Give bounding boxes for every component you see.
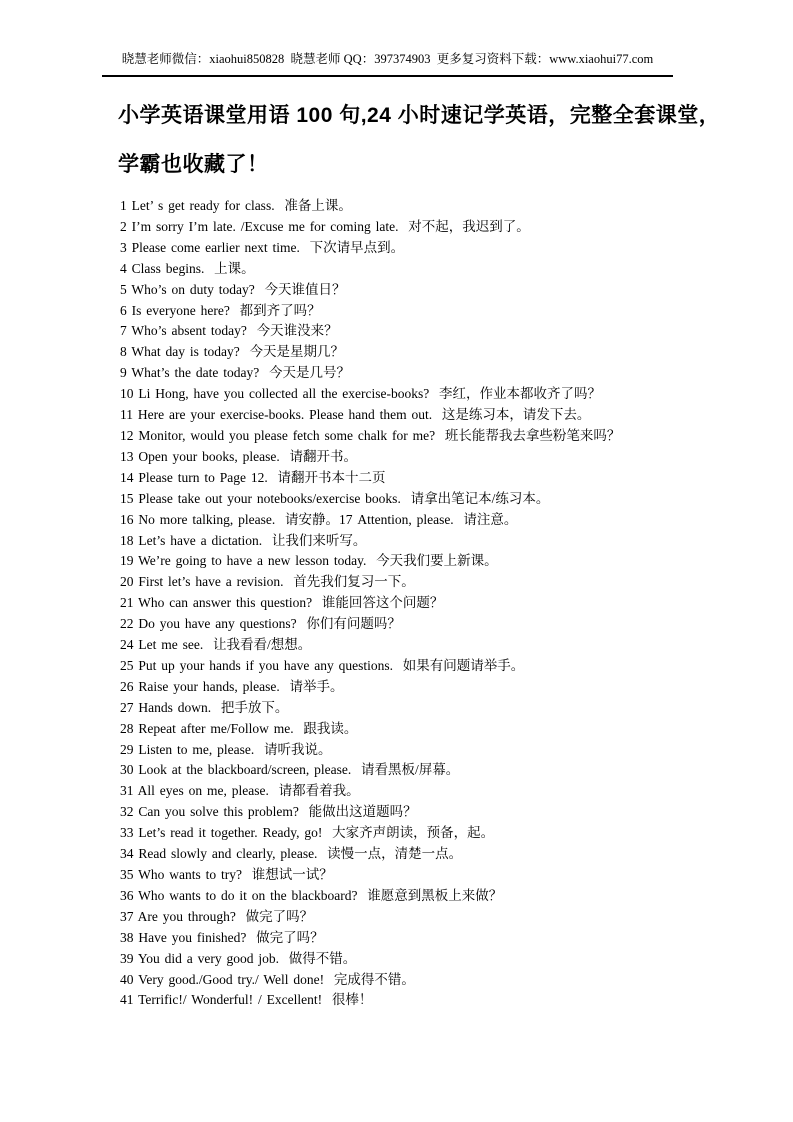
phrase-line: 6 Is everyone here? 都到齐了吗？	[120, 301, 760, 322]
phrase-line: 24 Let me see. 让我看看/想想。	[120, 635, 760, 656]
document-title-line-1: 小学英语课堂用语 100 句,24 小时速记学英语，完整全套课堂，	[118, 91, 708, 140]
phrase-line: 9 What’s the date today? 今天是几号？	[120, 363, 760, 384]
phrase-line: 26 Raise your hands, please. 请举手。	[120, 677, 760, 698]
phrase-line: 36 Who wants to do it on the blackboard?…	[120, 886, 760, 907]
document-title-line-2: 学霸也收藏了！	[118, 140, 708, 189]
phrase-line: 35 Who wants to try? 谁想试一试？	[120, 865, 760, 886]
phrase-line: 22 Do you have any questions? 你们有问题吗？	[120, 614, 760, 635]
phrase-line: 5 Who’s on duty today? 今天谁值日？	[120, 280, 760, 301]
header-contact-info: 晓慧老师微信：xiaohui850828 晓慧老师 QQ：397374903 更…	[102, 50, 673, 77]
phrase-line: 37 Are you through? 做完了吗？	[120, 907, 760, 928]
phrase-line: 8 What day is today? 今天是星期几？	[120, 342, 760, 363]
phrase-line: 4 Class begins. 上课。	[120, 259, 760, 280]
phrase-line: 18 Let’s have a dictation. 让我们来听写。	[120, 531, 760, 552]
phrase-line: 2 I’m sorry I’m late. /Excuse me for com…	[120, 217, 760, 238]
phrase-line: 12 Monitor, would you please fetch some …	[120, 426, 760, 447]
phrase-line: 41 Terrific!/ Wonderful! / Excellent! 很棒…	[120, 990, 760, 1011]
phrase-line: 32 Can you solve this problem? 能做出这道题吗？	[120, 802, 760, 823]
phrase-line: 11 Here are your exercise-books. Please …	[120, 405, 760, 426]
phrase-line: 38 Have you finished? 做完了吗？	[120, 928, 760, 949]
phrase-line: 40 Very good./Good try./ Well done! 完成得不…	[120, 970, 760, 991]
phrase-line: 15 Please take out your notebooks/exerci…	[120, 489, 760, 510]
phrase-line: 20 First let’s have a revision. 首先我们复习一下…	[120, 572, 760, 593]
phrase-line: 7 Who’s absent today? 今天谁没来？	[120, 321, 760, 342]
phrase-line: 21 Who can answer this question? 谁能回答这个问…	[120, 593, 760, 614]
phrase-line: 29 Listen to me, please. 请听我说。	[120, 740, 760, 761]
phrase-line: 39 You did a very good job. 做得不错。	[120, 949, 760, 970]
phrase-line: 30 Look at the blackboard/screen, please…	[120, 760, 760, 781]
phrase-line: 1 Let’ s get ready for class. 准备上课。	[120, 196, 760, 217]
phrase-line: 28 Repeat after me/Follow me. 跟我读。	[120, 719, 760, 740]
phrase-line: 31 All eyes on me, please. 请都看着我。	[120, 781, 760, 802]
phrase-list: 1 Let’ s get ready for class. 准备上课。2 I’m…	[120, 196, 760, 1011]
phrase-line: 27 Hands down. 把手放下。	[120, 698, 760, 719]
phrase-line: 10 Li Hong, have you collected all the e…	[120, 384, 760, 405]
document-title: 小学英语课堂用语 100 句,24 小时速记学英语，完整全套课堂， 学霸也收藏了…	[118, 91, 708, 189]
phrase-line: 33 Let’s read it together. Ready, go! 大家…	[120, 823, 760, 844]
phrase-line: 13 Open your books, please. 请翻开书。	[120, 447, 760, 468]
phrase-line: 34 Read slowly and clearly, please. 读慢一点…	[120, 844, 760, 865]
phrase-line: 19 We’re going to have a new lesson toda…	[120, 551, 760, 572]
phrase-line: 16 No more talking, please. 请安静。17 Atten…	[120, 510, 760, 531]
phrase-line: 25 Put up your hands if you have any que…	[120, 656, 760, 677]
phrase-line: 3 Please come earlier next time. 下次请早点到。	[120, 238, 760, 259]
phrase-line: 14 Please turn to Page 12. 请翻开书本十二页	[120, 468, 760, 489]
document-page: 晓慧老师微信：xiaohui850828 晓慧老师 QQ：397374903 更…	[0, 0, 793, 1122]
